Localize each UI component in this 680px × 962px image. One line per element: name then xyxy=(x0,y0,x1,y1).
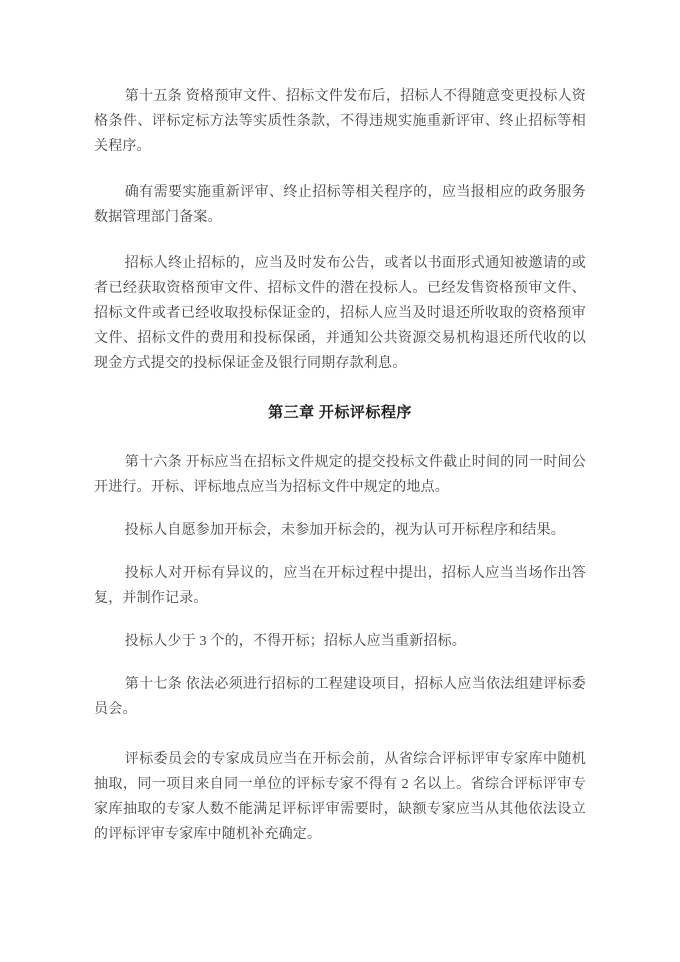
paragraph-filing-requirement: 确有需要实施重新评审、终止招标等相关程序的，应当报相应的政务服务数据管理部门备案… xyxy=(94,180,586,230)
paragraph-expert-selection: 评标委员会的专家成员应当在开标会前，从省综合评标评审专家库中随机抽取，同一项目来… xyxy=(94,747,586,847)
paragraph-article-15: 第十五条 资格预审文件、招标文件发布后，招标人不得随意变更投标人资格条件、评标定… xyxy=(94,84,586,159)
paragraph-article-17: 第十七条 依法必须进行招标的工程建设项目，招标人应当依法组建评标委员会。 xyxy=(94,672,586,722)
paragraph-bid-opening-attendance: 投标人自愿参加开标会，未参加开标会的，视为认可开标程序和结果。 xyxy=(94,518,586,543)
paragraph-termination-notice: 招标人终止招标的，应当及时发布公告，或者以书面形式通知被邀请的或者已经获取资格预… xyxy=(94,251,586,376)
chapter-3-heading: 第三章 开标评标程序 xyxy=(94,400,586,426)
paragraph-minimum-bidders: 投标人少于 3 个的，不得开标；招标人应当重新招标。 xyxy=(94,629,586,654)
paragraph-article-16: 第十六条 开标应当在招标文件规定的提交投标文件截止时间的同一时间公开进行。开标、… xyxy=(94,450,586,500)
document-page: 第十五条 资格预审文件、招标文件发布后，招标人不得随意变更投标人资格条件、评标定… xyxy=(0,0,680,962)
paragraph-bid-opening-objection: 投标人对开标有异议的，应当在开标过程中提出，招标人应当当场作出答复，并制作记录。 xyxy=(94,561,586,611)
